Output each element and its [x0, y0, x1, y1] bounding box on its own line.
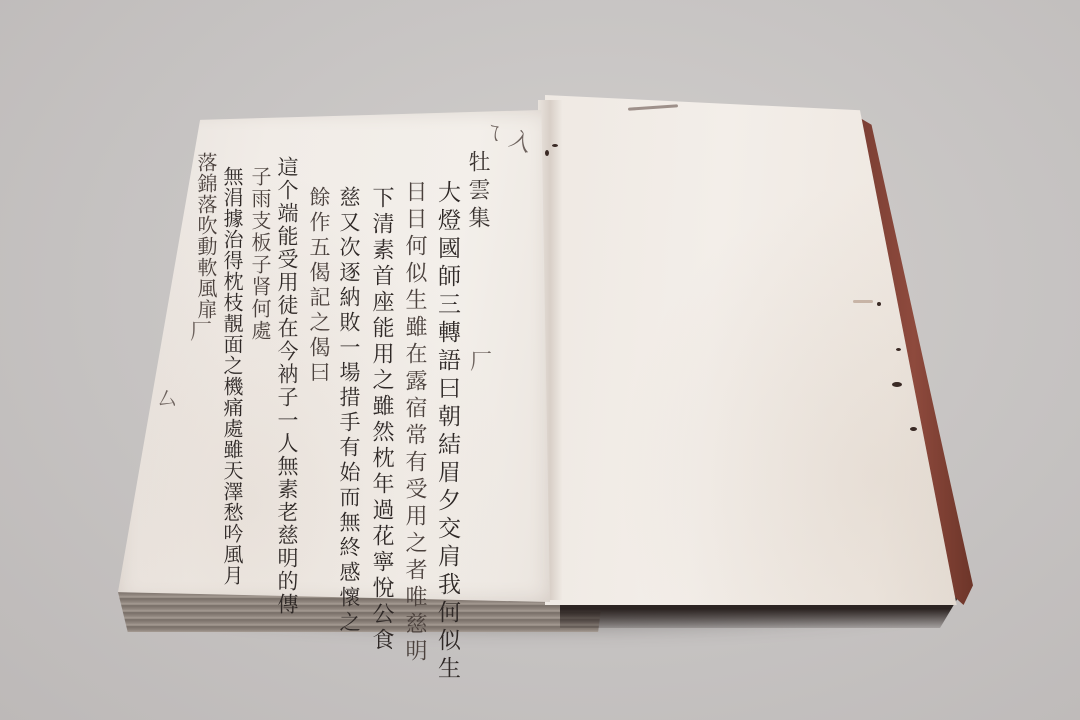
photo-scene: ㄟ 入 牡雲集 大燈國師三轉語曰朝結眉夕交肩我何似生 日日何似生雖在露宿常有受用…	[0, 0, 1080, 720]
worm-hole	[896, 348, 901, 351]
text-column-8: 無涓據治得枕枝靚面之機痛處雖天澤愁吟風月	[222, 166, 242, 586]
text-column-1: 大燈國師三轉語曰朝結眉夕交肩我何似生	[435, 180, 458, 684]
worm-hole	[545, 150, 549, 156]
margin-mark: 厶	[158, 385, 176, 411]
paper-tear	[853, 300, 873, 303]
worm-hole	[877, 302, 881, 306]
margin-mark: 厂	[190, 315, 212, 346]
text-column-4: 慈又次逐納敗一場措手有始而無終感懷之	[338, 186, 359, 636]
right-page-blank	[545, 95, 965, 605]
text-column-2: 日日何似生雖在露宿常有受用之者唯慈明	[403, 180, 425, 666]
worm-hole	[552, 144, 558, 147]
worm-hole	[892, 382, 902, 387]
text-column-9: 落錦落吹動軟風扉	[196, 152, 216, 320]
text-column-7: 子雨支板子肾何處	[250, 166, 270, 342]
worm-hole	[910, 427, 917, 431]
text-column-5: 餘作五偈記之偈曰	[308, 186, 329, 386]
text-column-3: 下清素首座能用之雖然枕年過花寧悅公食	[370, 186, 392, 654]
book-title: 牡雲集	[466, 150, 488, 234]
margin-mark: 厂	[470, 345, 492, 376]
text-column-6: 這个端能受用徒在今衲子一人無素老慈明的傳	[276, 156, 297, 616]
